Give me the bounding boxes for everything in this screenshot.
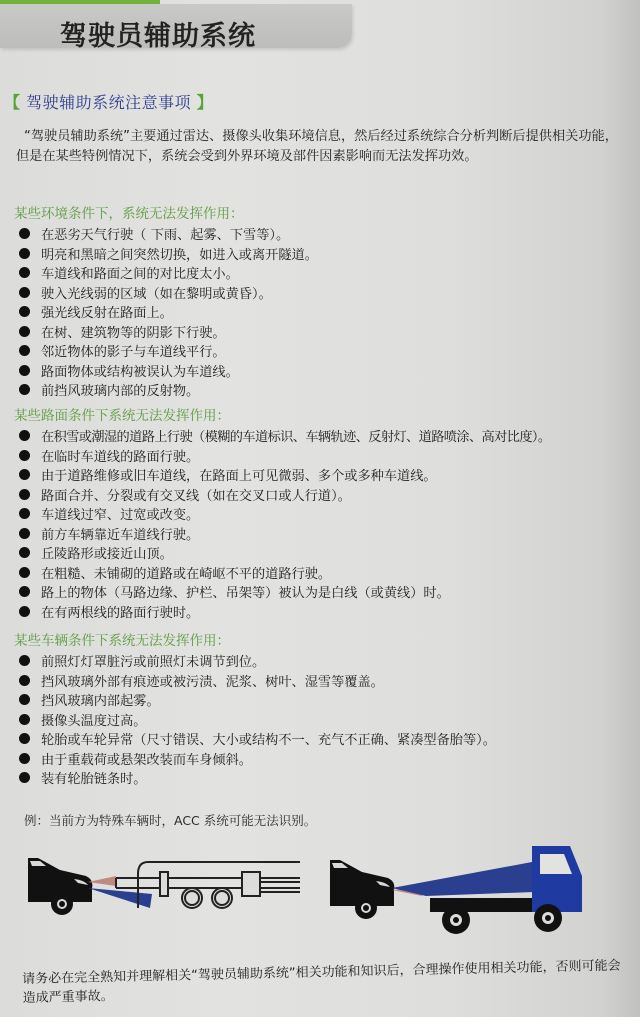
bullet-icon [19, 489, 30, 500]
bullet-icon [19, 586, 30, 597]
list-item: 在恶劣天气行驶（ 下雨、起雾、下雪等）。 [14, 224, 634, 244]
bracket-open: 【 [4, 93, 21, 112]
environment-conditions-group: 某些环境条件下，系统无法发挥作用： 在恶劣天气行驶（ 下雨、起雾、下雪等）。 明… [14, 205, 634, 400]
bullet-icon [19, 248, 30, 259]
car-behind-flatbed-truck-illustration [326, 840, 626, 950]
list-item-text: 车道线和路面之间的对比度太小。 [41, 263, 239, 282]
vehicle-conditions-group: 某些车辆条件下系统无法发挥作用： 前照灯灯罩脏污或前照灯未调节到位。 挡风玻璃外… [14, 632, 634, 788]
group-heading: 某些车辆条件下系统无法发挥作用： [14, 632, 634, 651]
bullet-icon [19, 365, 30, 376]
list-item: 前照灯灯罩脏污或前照灯未调节到位。 [14, 651, 634, 671]
list-item-text: 路上的物体（马路边缘、护栏、吊架等）被认为是白线（或黄线）时。 [41, 582, 450, 601]
bullet-icon [19, 384, 30, 395]
list-item-text: 路面物体或结构被误认为车道线。 [41, 361, 239, 380]
list-item-text: 邻近物体的影子与车道线平行。 [41, 341, 226, 360]
list-item-text: 挡风玻璃外部有痕迹或被污渍、泥浆、树叶、湿雪等覆盖。 [41, 671, 384, 690]
list-item-text: 由于重载荷或悬架改装而车身倾斜。 [41, 749, 252, 768]
list-item: 强光线反射在路面上。 [14, 302, 634, 322]
bullet-icon [19, 528, 30, 539]
bullet-icon [19, 606, 30, 617]
bullet-icon [19, 714, 30, 725]
list-item-text: 挡风玻璃内部起雾。 [41, 690, 160, 709]
section-heading: 【 驾驶辅助系统注意事项 】 [4, 90, 213, 113]
bullet-icon [19, 287, 30, 298]
list-item-text: 前照灯灯罩脏污或前照灯未调节到位。 [41, 651, 265, 670]
list-item-text: 车道线过窄、过宽或改变。 [41, 504, 199, 523]
car-icon [330, 860, 394, 919]
list-item-text: 明亮和黑暗之间突然切换，如进入或离开隧道。 [41, 244, 318, 263]
list-item: 装有轮胎链条时。 [14, 768, 634, 788]
road-conditions-group: 某些路面条件下系统无法发挥作用： 在积雪或潮湿的道路上行驶（模糊的车道标识、车辆… [14, 407, 634, 621]
list-item: 轮胎或车轮异常（尺寸错误、大小或结构不一、充气不正确、紧凑型备胎等）。 [14, 729, 634, 749]
list-item-text: 前方车辆靠近车道线行驶。 [41, 524, 199, 543]
example-note: 例：当前方为特殊车辆时，ACC 系统可能无法识别。 [24, 811, 316, 829]
radar-beam [392, 862, 534, 896]
bullet-list: 在恶劣天气行驶（ 下雨、起雾、下雪等）。 明亮和黑暗之间突然切换，如进入或离开隧… [14, 224, 634, 400]
list-item: 在临时车道线的路面行驶。 [14, 446, 634, 466]
bullet-icon [19, 508, 30, 519]
list-item: 邻近物体的影子与车道线平行。 [14, 341, 634, 361]
list-item-text: 在积雪或潮湿的道路上行驶（模糊的车道标识、车辆轨迹、反射灯、道路喷涂、高对比度）… [41, 426, 550, 445]
bullet-icon [19, 655, 30, 666]
bullet-icon [19, 267, 30, 278]
section-heading-text: 驾驶辅助系统注意事项 [21, 93, 197, 112]
bullet-icon [19, 547, 30, 558]
list-item: 挡风玻璃内部起雾。 [14, 690, 634, 710]
list-item: 丘陵路形或接近山顶。 [14, 543, 634, 563]
car-behind-tanker-truck-illustration [20, 852, 300, 932]
radar-beam [88, 888, 152, 908]
bullet-icon [19, 675, 30, 686]
bullet-icon [19, 306, 30, 317]
list-item: 路上的物体（马路边缘、护栏、吊架等）被认为是白线（或黄线）时。 [14, 582, 634, 602]
group-heading: 某些路面条件下系统无法发挥作用： [14, 407, 634, 426]
list-item: 车道线和路面之间的对比度太小。 [14, 263, 634, 283]
list-item: 挡风玻璃外部有痕迹或被污渍、泥浆、树叶、湿雪等覆盖。 [14, 671, 634, 691]
list-item-text: 路面合并、分裂或有交叉线（如在交叉口或人行道）。 [41, 485, 351, 504]
list-item-text: 丘陵路形或接近山顶。 [41, 543, 173, 562]
list-item: 驶入光线弱的区域（如在黎明或黄昏）。 [14, 283, 634, 303]
bullet-icon [19, 430, 30, 441]
group-heading: 某些环境条件下，系统无法发挥作用： [14, 205, 634, 224]
bullet-icon [19, 772, 30, 783]
list-item-text: 强光线反射在路面上。 [41, 302, 173, 321]
bullet-icon [19, 450, 30, 461]
list-item: 前方车辆靠近车道线行驶。 [14, 524, 634, 544]
bullet-icon [19, 694, 30, 705]
list-item-text: 在临时车道线的路面行驶。 [41, 446, 199, 465]
list-item: 路面合并、分裂或有交叉线（如在交叉口或人行道）。 [14, 485, 634, 505]
bracket-close: 】 [197, 93, 214, 112]
bullet-list: 前照灯灯罩脏污或前照灯未调节到位。 挡风玻璃外部有痕迹或被污渍、泥浆、树叶、湿雪… [14, 651, 634, 788]
title-band: 驾驶员辅助系统 [0, 4, 352, 48]
list-item-text: 装有轮胎链条时。 [41, 768, 147, 787]
list-item: 在粗糙、未铺砌的道路或在崎岖不平的道路行驶。 [14, 563, 634, 583]
car-icon [28, 858, 92, 915]
list-item-text: 在粗糙、未铺砌的道路或在崎岖不平的道路行驶。 [41, 563, 331, 582]
page-title: 驾驶员辅助系统 [60, 14, 256, 53]
bullet-icon [19, 469, 30, 480]
bullet-icon [19, 228, 30, 239]
list-item-text: 驶入光线弱的区域（如在黎明或黄昏）。 [41, 283, 272, 302]
bullet-icon [19, 567, 30, 578]
list-item: 在积雪或潮湿的道路上行驶（模糊的车道标识、车辆轨迹、反射灯、道路喷涂、高对比度）… [14, 426, 634, 446]
list-item: 前挡风玻璃内部的反射物。 [14, 380, 634, 400]
footer-warning: 请务必在完全熟知并理解相关“驾驶员辅助系统”相关功能和知识后，合理操作使用相关功… [22, 956, 633, 1008]
list-item: 由于重载荷或悬架改装而车身倾斜。 [14, 749, 634, 769]
list-item: 摄像头温度过高。 [14, 710, 634, 730]
list-item-text: 在恶劣天气行驶（ 下雨、起雾、下雪等）。 [41, 224, 289, 243]
bullet-icon [19, 733, 30, 744]
list-item: 明亮和黑暗之间突然切换，如进入或离开隧道。 [14, 244, 634, 264]
list-item-text: 在树、建筑物等的阴影下行驶。 [41, 322, 226, 341]
list-item-text: 由于道路维修或旧车道线，在路面上可见微弱、多个或多种车道线。 [41, 465, 437, 484]
bullet-list: 在积雪或潮湿的道路上行驶（模糊的车道标识、车辆轨迹、反射灯、道路喷涂、高对比度）… [14, 426, 634, 621]
bullet-icon [19, 345, 30, 356]
list-item-text: 轮胎或车轮异常（尺寸错误、大小或结构不一、充气不正确、紧凑型备胎等）。 [41, 729, 496, 748]
bullet-icon [19, 753, 30, 764]
list-item: 在树、建筑物等的阴影下行驶。 [14, 322, 634, 342]
list-item: 在有两根线的路面行驶时。 [14, 602, 634, 622]
list-item-text: 前挡风玻璃内部的反射物。 [41, 380, 199, 399]
list-item: 车道线过窄、过宽或改变。 [14, 504, 634, 524]
list-item: 由于道路维修或旧车道线，在路面上可见微弱、多个或多种车道线。 [14, 465, 634, 485]
intro-paragraph: “驾驶员辅助系统”主要通过雷达、摄像头收集环境信息，然后经过系统综合分析判断后提… [16, 127, 628, 167]
list-item-text: 摄像头温度过高。 [41, 710, 147, 729]
list-item-text: 在有两根线的路面行驶时。 [41, 602, 199, 621]
bullet-icon [19, 326, 30, 337]
list-item: 路面物体或结构被误认为车道线。 [14, 361, 634, 381]
